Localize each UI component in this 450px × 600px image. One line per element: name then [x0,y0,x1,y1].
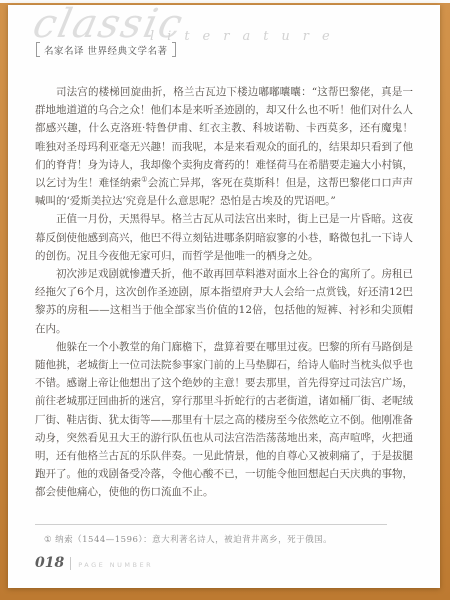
paragraph-2: 正值一月份，天黑得早。格兰古瓦从司法宫出来时，街上已是一片昏暗。这夜幕反倒使他感… [35,210,413,265]
series-bracket-left-icon [36,42,40,57]
body-text: 司法宫的楼梯回旋曲折，格兰古瓦边下楼边嘟嘟囔囔：“这帮巴黎佬，真是一群地地道道的… [35,83,413,502]
footer-divider [70,557,71,570]
book-page: classic literature 名家名译 世界经典文学名著 司法宫的楼梯回… [8,5,440,588]
paragraph-4: 他躲在一个小教堂的角门廊檐下，盘算着要在哪里过夜。巴黎的所有马路倒是随他挑，老城… [35,338,413,502]
series-label-text: 名家名译 世界经典文学名著 [44,43,168,57]
footnote: ①纳索（1544—1596）：意大利著名诗人，被迫背井离乡，死于俄国。 [44,533,410,545]
page-footer: 018 PAGE NUMBER [35,555,153,571]
footer-caption: PAGE NUMBER [78,558,153,569]
book-photo: classic literature 名家名译 世界经典文学名著 司法宫的楼梯回… [0,0,450,600]
watermark-literature: literature [150,29,343,44]
footnote-divider [35,524,387,525]
paragraph-3: 初次涉足戏剧就惨遭夭折，他不敢再回草料港对面水上谷仓的寓所了。房租已经拖欠了6个… [35,265,413,338]
series-label: 名家名译 世界经典文学名著 [36,42,176,57]
paragraph-1-text-before: 司法宫的楼梯回旋曲折，格兰古瓦边下楼边嘟嘟囔囔：“这帮巴黎佬，真是一群地地道道的… [35,86,413,189]
page-number: 018 [35,555,64,571]
footnote-text: 纳索（1544—1596）：意大利著名诗人，被迫背井离乡，死于俄国。 [55,535,332,545]
series-bracket-right-icon [172,42,176,57]
paragraph-1: 司法宫的楼梯回旋曲折，格兰古瓦边下楼边嘟嘟囔囔：“这帮巴黎佬，真是一群地地道道的… [35,83,413,210]
footnote-marker: ① [44,535,52,545]
